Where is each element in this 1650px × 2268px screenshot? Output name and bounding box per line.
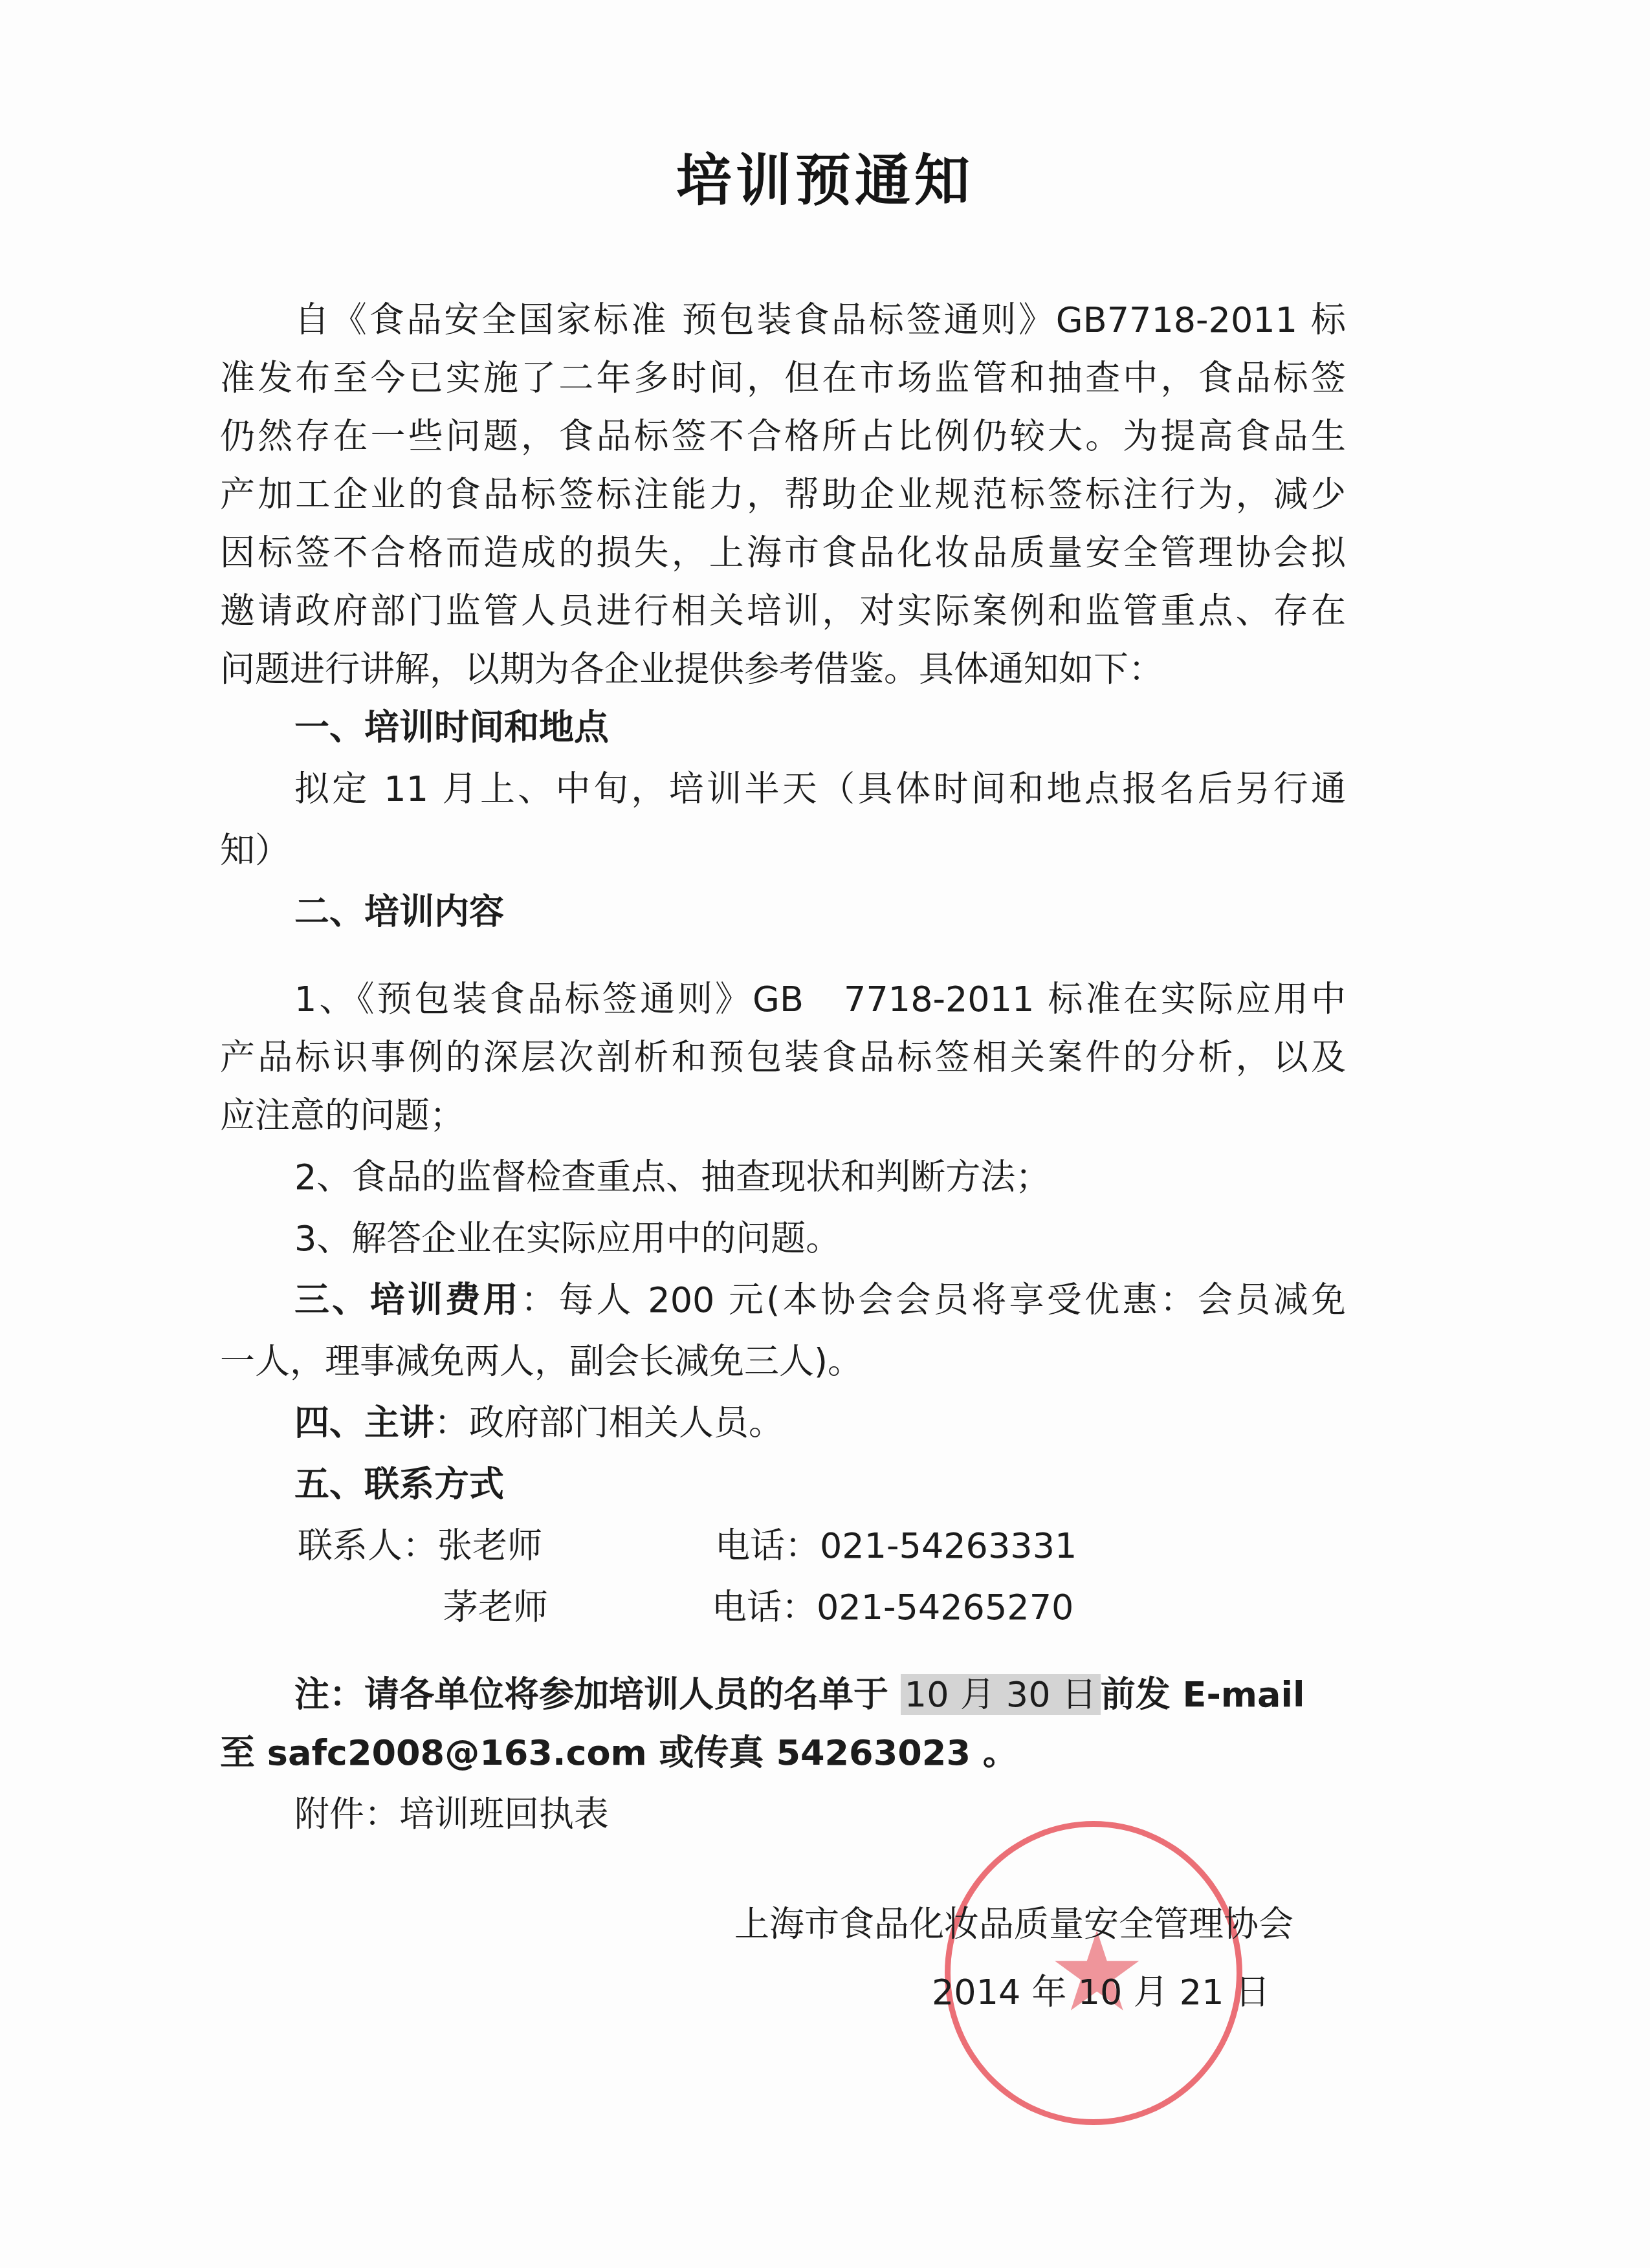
deadline-highlight: 10 月 30 日 bbox=[901, 1674, 1101, 1715]
contact-2-label: 茅老师 bbox=[443, 1582, 548, 1633]
contact-1-phone: 电话：021-54263331 bbox=[715, 1520, 1077, 1572]
section-2-heading: 二、培训内容 bbox=[220, 886, 1346, 938]
section-2-item-2: 2、食品的监督检查重点、抽查现状和判断方法； bbox=[220, 1151, 1346, 1203]
section-3-heading: 三、培训费用 bbox=[294, 1280, 521, 1320]
document-title: 培训预通知 bbox=[0, 136, 1650, 216]
contact-1-label: 联系人：张老师 bbox=[298, 1520, 542, 1572]
section-1-line-1: 拟定 11 月上、中旬，培训半天（具体时间和地点报名后另行通 bbox=[220, 763, 1346, 815]
section-4-heading: 四、主讲 bbox=[294, 1402, 434, 1443]
note-line-2: 至 safc2008@163.com 或传真 54263023 。 bbox=[220, 1727, 1346, 1779]
section-2-item-1a: 1、《预包装食品标签通则》GB 7718-2011 标准在实际应用中 bbox=[220, 974, 1346, 1025]
note-line-1: 注：请各单位将参加培训人员的名单于 10 月 30 日前发 E-mail bbox=[220, 1669, 1346, 1721]
section-1-heading: 一、培训时间和地点 bbox=[220, 702, 1346, 754]
section-5-heading: 五、联系方式 bbox=[220, 1459, 1346, 1510]
section-2-item-1c: 应注意的问题； bbox=[220, 1090, 1346, 1142]
note-suffix: 前发 E-mail bbox=[1101, 1674, 1305, 1715]
contact-2-phone: 电话：021-54265270 bbox=[712, 1582, 1073, 1633]
section-2-item-1b: 产品标识事例的深层次剖析和预包装食品标签相关案件的分析，以及 bbox=[220, 1032, 1346, 1084]
intro-line-1: 自《食品安全国家标准 预包装食品标签通则》GB7718-2011 标 bbox=[220, 294, 1346, 346]
section-4-line: 四、主讲：政府部门相关人员。 bbox=[220, 1397, 1346, 1449]
section-2-item-3: 3、解答企业在实际应用中的问题。 bbox=[220, 1213, 1346, 1265]
section-4-text: ：政府部门相关人员。 bbox=[434, 1402, 784, 1443]
section-3-line-2: 一人，理事减免两人，副会长减免三人)。 bbox=[220, 1336, 1346, 1388]
intro-line-5: 因标签不合格而造成的损失，上海市食品化妆品质量安全管理协会拟 bbox=[220, 527, 1346, 579]
note-prefix: 注：请各单位将参加培训人员的名单于 bbox=[294, 1674, 901, 1715]
section-1-line-2: 知） bbox=[220, 825, 1346, 877]
intro-line-3: 仍然存在一些问题，食品标签不合格所占比例仍较大。为提高食品生 bbox=[220, 411, 1346, 463]
attachment-line: 附件：培训班回执表 bbox=[220, 1789, 1346, 1840]
section-3-line-1: 三、培训费用：每人 200 元(本协会会员将享受优惠：会员减免 bbox=[220, 1274, 1346, 1326]
signature-date: 2014 年 10 月 21 日 bbox=[932, 1967, 1270, 2018]
intro-line-4: 产加工企业的食品标签标注能力，帮助企业规范标签标注行为，减少 bbox=[220, 469, 1346, 521]
intro-line-6: 邀请政府部门监管人员进行相关培训，对实际案例和监管重点、存在 bbox=[220, 585, 1346, 637]
section-3-text-1: ：每人 200 元(本协会会员将享受优惠：会员减免 bbox=[521, 1280, 1346, 1320]
intro-line-7: 问题进行讲解，以期为各企业提供参考借鉴。具体通知如下： bbox=[220, 644, 1346, 695]
intro-line-2: 准发布至今已实施了二年多时间，但在市场监管和抽查中，食品标签 bbox=[220, 353, 1346, 404]
signature-organization: 上海市食品化妆品质量安全管理协会 bbox=[734, 1899, 1293, 1950]
document-page: 培训预通知 自《食品安全国家标准 预包装食品标签通则》GB7718-2011 标… bbox=[0, 0, 1650, 2268]
